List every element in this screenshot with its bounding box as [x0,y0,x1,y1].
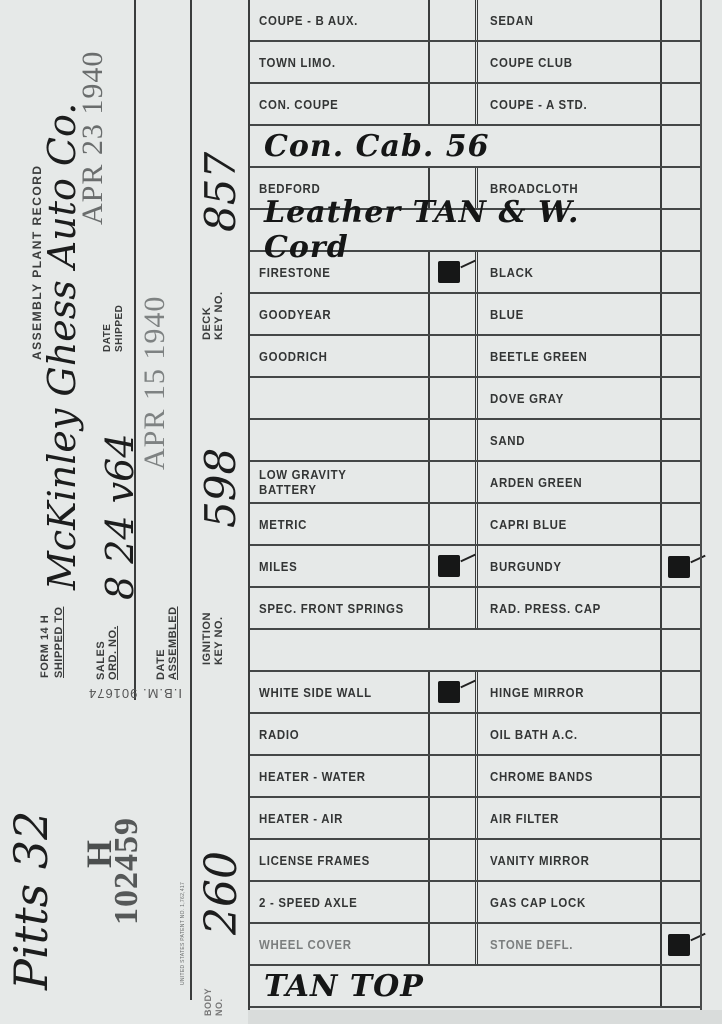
grid-row: RADIOOIL BATH A.C. [250,714,700,756]
check-box-right[interactable] [662,126,700,166]
option-label-right: OIL BATH A.C. [478,714,662,754]
check-box-right[interactable] [662,210,700,250]
option-label-right-text: BROADCLOTH [490,181,578,196]
option-label-right: COUPE CLUB [478,42,662,82]
option-label-left-text: COUPE - B AUX. [259,13,358,28]
grid-row: LOW GRAVITY BATTERYARDEN GREEN [250,462,700,504]
option-label-left: TOWN LIMO. [250,42,430,82]
check-box-left[interactable] [430,252,478,292]
handwritten-entry-cell: Leather TAN & W. Cord [250,210,662,250]
body-no-value: 260 [196,851,247,935]
option-label-left-text: LICENSE FRAMES [259,853,370,868]
option-label-left: LOW GRAVITY BATTERY [250,462,430,502]
option-label-right-text: AIR FILTER [490,811,559,826]
option-label-left: GOODYEAR [250,294,430,334]
handwritten-entry: TAN TOP [264,969,424,1004]
check-mark-icon [438,555,460,577]
option-label-left-text: FIRESTONE [259,265,331,280]
option-label-left: COUPE - B AUX. [250,0,430,40]
check-mark-icon [668,556,690,578]
option-label-right: CAPRI BLUE [478,504,662,544]
date-shipped-label-1: DATE [102,324,113,352]
option-label-right: AIR FILTER [478,798,662,838]
option-label-left: RADIO [250,714,430,754]
option-label-left-text: CON. COUPE [259,97,339,112]
option-label-right-text: CAPRI BLUE [490,517,567,532]
grid-row: COUPE - B AUX.SEDAN [250,0,700,42]
option-label-right-text: SEDAN [490,13,534,28]
option-label-left-text: METRIC [259,517,307,532]
option-label-left-text: HEATER - WATER [259,769,366,784]
check-box-right[interactable] [662,756,700,796]
check-box-right[interactable] [662,588,700,628]
option-label-left [250,378,430,418]
handwritten-entry-cell [250,630,662,670]
check-box-left[interactable] [430,336,478,376]
option-label-right-text: BEETLE GREEN [490,349,587,364]
option-label-left-text: HEATER - AIR [259,811,343,826]
check-box-right[interactable] [662,840,700,880]
grid-row: TOWN LIMO.COUPE CLUB [250,42,700,84]
option-label-right-text: STONE DEFL. [490,937,573,952]
option-label-left-text: SPEC. FRONT SPRINGS [259,601,404,616]
option-label-left-text: MILES [259,559,297,574]
body-no-label-2: NO. [214,998,225,1016]
grid-row: LICENSE FRAMESVANITY MIRROR [250,840,700,882]
check-box-right[interactable] [662,924,700,964]
check-box-right[interactable] [662,798,700,838]
check-box-right[interactable] [662,84,700,124]
option-label-left-text: 2 - SPEED AXLE [259,895,357,910]
check-mark-icon [438,261,460,283]
option-label-left-text: GOODYEAR [259,307,331,322]
option-label-left: MILES [250,546,430,586]
grid-row-written: Leather TAN & W. Cord [250,210,700,252]
grid-row: HEATER - AIRAIR FILTER [250,798,700,840]
check-box-left[interactable] [430,588,478,628]
check-box-left[interactable] [430,798,478,838]
option-label-right: RAD. PRESS. CAP [478,588,662,628]
check-box-right[interactable] [662,966,700,1006]
grid-row: FIRESTONEBLACK [250,252,700,294]
option-label-left: METRIC [250,504,430,544]
option-label-right: SAND [478,420,662,460]
option-label-right: VANITY MIRROR [478,840,662,880]
date-shipped-label-2: SHIPPED [114,305,125,352]
check-box-right[interactable] [662,462,700,502]
check-box-right[interactable] [662,168,700,208]
option-label-right: BURGUNDY [478,546,662,586]
check-box-right[interactable] [662,294,700,334]
grid-row: CON. COUPECOUPE - A STD. [250,84,700,126]
shipped-to-label: SHIPPED TO [54,607,65,678]
sales-ord-value: 8 24 v64 [98,433,142,600]
option-label-left-text: RADIO [259,727,299,742]
check-box-left[interactable] [430,714,478,754]
serial-number: 102459 [108,817,146,925]
check-box-left[interactable] [430,462,478,502]
option-label-left: WHEEL COVER [250,924,430,964]
date-assembled-label-1: DATE [156,649,167,680]
option-label-left-text: GOODRICH [259,349,328,364]
option-label-right: HINGE MIRROR [478,672,662,712]
check-box-right[interactable] [662,420,700,460]
option-label-left: HEATER - WATER [250,756,430,796]
option-label-left: FIRESTONE [250,252,430,292]
option-label-right: BLUE [478,294,662,334]
check-box-left[interactable] [430,42,478,82]
option-label-left-text: TOWN LIMO. [259,55,336,70]
check-box-left[interactable] [430,504,478,544]
option-label-left-text: LOW GRAVITY BATTERY [259,467,408,497]
options-grid: COUPE - B AUX.SEDANTOWN LIMO.COUPE CLUBC… [248,0,702,1010]
serial-prefix: H [78,840,120,868]
option-label-left: LICENSE FRAMES [250,840,430,880]
option-label-right: GAS CAP LOCK [478,882,662,922]
option-label-right: COUPE - A STD. [478,84,662,124]
check-box-right[interactable] [662,378,700,418]
option-label-left: CON. COUPE [250,84,430,124]
date-assembled-label-2: ASSEMBLED [168,606,179,680]
check-box-left[interactable] [430,756,478,796]
grid-row-written: TAN TOP [250,966,700,1008]
option-label-left: WHITE SIDE WALL [250,672,430,712]
check-box-left[interactable] [430,420,478,460]
check-box-right[interactable] [662,252,700,292]
option-label-left-text: BEDFORD [259,181,321,196]
grid-row: DOVE GRAY [250,378,700,420]
check-mark-icon [438,681,460,703]
grid-row: METRICCAPRI BLUE [250,504,700,546]
option-label-right: STONE DEFL. [478,924,662,964]
option-label-right-text: RAD. PRESS. CAP [490,601,601,616]
sales-ord-label-2: ORD. NO. [108,626,119,680]
check-box-left[interactable] [430,546,478,586]
option-label-right-text: CHROME BANDS [490,769,593,784]
grid-row: WHITE SIDE WALLHINGE MIRROR [250,672,700,714]
grid-row: SAND [250,420,700,462]
check-box-right[interactable] [662,42,700,82]
grid-right-border [700,0,702,1010]
assembly-plant-record-card: ASSEMBLY PLANT RECORD FORM 14 H SHIPPED … [0,0,722,1024]
option-label-right-text: ARDEN GREEN [490,475,582,490]
check-box-right[interactable] [662,672,700,712]
check-box-right[interactable] [662,882,700,922]
option-label-right-text: SAND [490,433,525,448]
ibm-code: I.B.M. 901674 [88,686,182,701]
grid-row: HEATER - WATERCHROME BANDS [250,756,700,798]
body-no-label-1: BODY [203,988,214,1016]
option-label-right: BEETLE GREEN [478,336,662,376]
left-header-panel: ASSEMBLY PLANT RECORD FORM 14 H SHIPPED … [0,0,248,1024]
deck-key-value: 857 [196,152,245,232]
handwritten-entry-cell: Con. Cab. 56 [250,126,662,166]
handwritten-entry: Con. Cab. 56 [264,129,490,164]
check-box-left[interactable] [430,672,478,712]
option-label-right-text: BLACK [490,265,534,280]
check-mark-icon [668,934,690,956]
option-label-left: 2 - SPEED AXLE [250,882,430,922]
check-box-right[interactable] [662,630,700,670]
option-label-right-text: GAS CAP LOCK [490,895,586,910]
option-label-left-text: WHEEL COVER [259,937,352,952]
check-box-left[interactable] [430,924,478,964]
option-label-right-text: BURGUNDY [490,559,562,574]
ignition-key-label-2: KEY NO. [214,616,225,665]
grid-row: GOODRICHBEETLE GREEN [250,336,700,378]
date-assembled-value: APR 15 1940 [138,296,172,470]
option-label-left: GOODRICH [250,336,430,376]
grid-row: GOODYEARBLUE [250,294,700,336]
option-label-left-text: WHITE SIDE WALL [259,685,372,700]
deck-key-label-2: KEY NO. [214,291,225,340]
option-label-right-text: DOVE GRAY [490,391,564,406]
ignition-key-value: 598 [196,448,245,528]
handwritten-entry-cell: TAN TOP [250,966,662,1006]
option-label-right-text: BLUE [490,307,524,322]
option-label-left: HEATER - AIR [250,798,430,838]
option-label-right: SEDAN [478,0,662,40]
option-label-right: CHROME BANDS [478,756,662,796]
check-box-right[interactable] [662,546,700,586]
form-number: FORM 14 H [40,615,51,678]
check-box-left[interactable] [430,882,478,922]
check-box-right[interactable] [662,714,700,754]
option-label-right-text: VANITY MIRROR [490,853,590,868]
option-label-right-text: COUPE CLUB [490,55,573,70]
check-box-left[interactable] [430,378,478,418]
check-box-left[interactable] [430,294,478,334]
option-label-right: BLACK [478,252,662,292]
check-box-right[interactable] [662,336,700,376]
check-box-right[interactable] [662,504,700,544]
option-label-right-text: OIL BATH A.C. [490,727,578,742]
option-label-right-text: HINGE MIRROR [490,685,584,700]
grid-row: MILESBURGUNDY [250,546,700,588]
option-label-left: SPEC. FRONT SPRINGS [250,588,430,628]
grid-row: WHEEL COVERSTONE DEFL. [250,924,700,966]
check-box-left[interactable] [430,840,478,880]
grid-row: 2 - SPEED AXLEGAS CAP LOCK [250,882,700,924]
grid-row-written: Con. Cab. 56 [250,126,700,168]
divider-sales-ord [190,0,192,1000]
card-bottom-edge [248,1010,722,1024]
check-box-left[interactable] [430,0,478,40]
option-label-left [250,420,430,460]
deck-key-label-1: DECK [202,307,213,340]
option-label-right-text: COUPE - A STD. [490,97,587,112]
date-shipped-value: APR 23 1940 [76,51,110,225]
check-box-left[interactable] [430,84,478,124]
grid-row: SPEC. FRONT SPRINGSRAD. PRESS. CAP [250,588,700,630]
ignition-key-label-1: IGNITION [202,612,213,665]
grid-row-written [250,630,700,672]
option-label-right: ARDEN GREEN [478,462,662,502]
patent-note: UNITED STATES PATENT NO. 1,762,417 [180,882,186,985]
option-label-right: DOVE GRAY [478,378,662,418]
check-box-right[interactable] [662,0,700,40]
dealer-note: Pitts 32 [4,811,58,990]
sales-ord-label-1: SALES [96,641,107,680]
